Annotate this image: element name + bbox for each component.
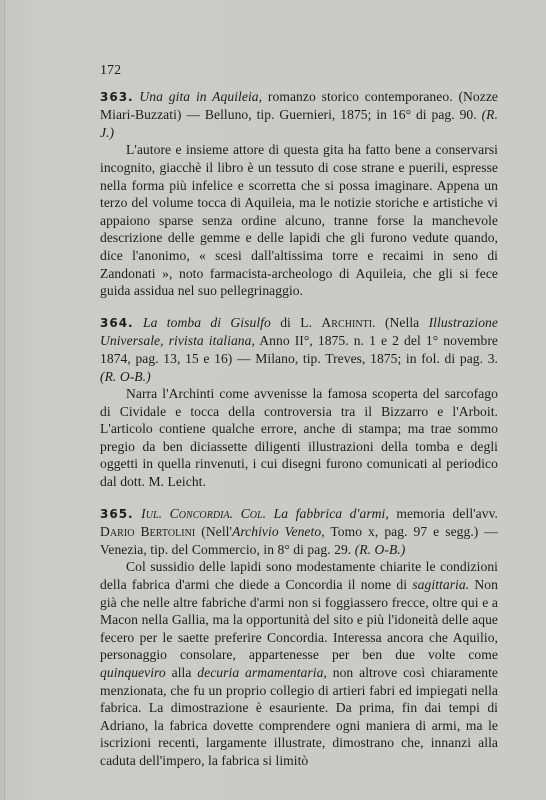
scanned-page: 172 363. Una gita in Aquileia, romanzo s…	[0, 0, 546, 800]
entry-number: 364.	[100, 316, 134, 330]
body-italic: quinqueviro	[100, 665, 166, 680]
body-italic: decuria armamentaria,	[197, 665, 327, 680]
entry-body: Col sussidio delle lapidi sono modestame…	[100, 558, 498, 769]
entry-number: 363.	[100, 90, 134, 104]
entry-363: 363. Una gita in Aquileia, romanzo stori…	[100, 88, 498, 300]
page-fold	[4, 0, 5, 800]
entry-body: Narra l'Archinti come avvenisse la famos…	[100, 385, 498, 491]
entry-number: 365.	[100, 507, 134, 521]
entry-journal: Archivio Veneto,	[232, 524, 325, 539]
entry-source: (R. O-B.)	[355, 542, 406, 557]
entry-365: 365. Iul. Concordia. Col. La fabbrica d'…	[100, 505, 498, 770]
entry-citation: 365. Iul. Concordia. Col. La fabbrica d'…	[100, 505, 498, 559]
page-content: 172 363. Una gita in Aquileia, romanzo s…	[100, 62, 498, 784]
entry-citation: 364. La tomba di Gisulfo di L. Archinti.…	[100, 314, 498, 385]
body-text: non altrove così chiaramente menzionata,…	[100, 665, 498, 768]
entry-author-prefix: di L.	[271, 315, 322, 330]
body-text: alla	[166, 665, 198, 680]
entry-author: Archinti	[321, 315, 372, 330]
entry-364: 364. La tomba di Gisulfo di L. Archinti.…	[100, 314, 498, 491]
entry-citation: 363. Una gita in Aquileia, romanzo stori…	[100, 88, 498, 142]
entry-title: Una gita in Aquileia,	[139, 89, 262, 104]
entry-citation-text: . (Nella	[372, 315, 428, 330]
entry-title: La fabbrica d'armi,	[274, 506, 389, 521]
entry-body: L'autore e insieme attore di questa gita…	[100, 141, 498, 299]
entry-citation-text: memoria dell'avv.	[389, 506, 498, 521]
entry-citation-text: (Nell'	[195, 524, 232, 539]
entry-title: La tomba di Gisulfo	[143, 315, 271, 330]
page-number: 172	[100, 62, 498, 80]
entry-author: Dario Bertolini	[100, 524, 195, 539]
entry-heading: Iul. Concordia. Col.	[141, 506, 266, 521]
entry-source: (R. O-B.)	[100, 369, 151, 384]
body-italic: sagittaria.	[412, 577, 469, 592]
